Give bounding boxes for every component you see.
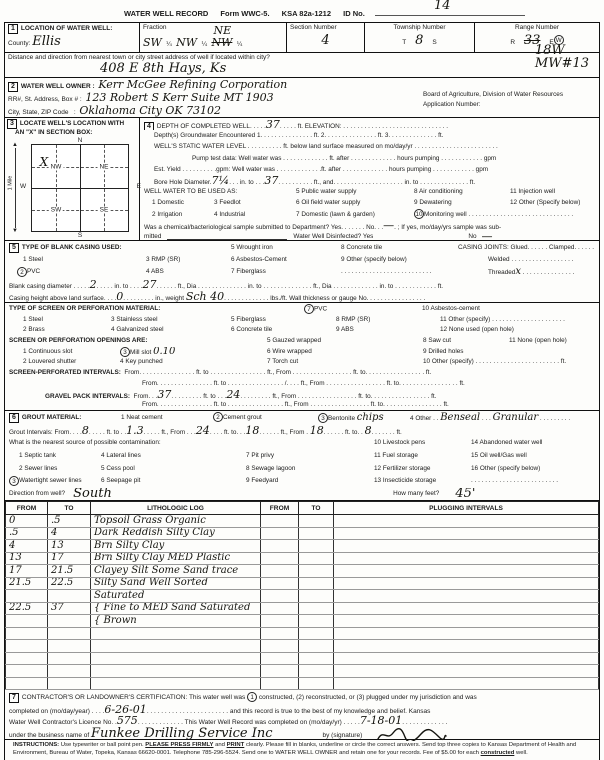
screen-option-3: 3 Stainless steel [111, 315, 231, 326]
west-label: W [20, 183, 26, 190]
contamination-option-15: 15 Oil well/Gas well [471, 450, 595, 463]
screen-material-title: TYPE OF SCREEN OR PERFORATION MATERIAL: [9, 304, 304, 315]
grout-other-label: 4 Other . . [410, 415, 438, 422]
locate-title-2: AN "X" IN SECTION BOX: [7, 129, 137, 136]
threaded-dots: . . . . . . . . . . . . . . . [523, 269, 575, 276]
water-well-record-form: WATER WELL RECORD Form WWC-5. KSA 82a-12… [0, 0, 604, 760]
casing-option-1: 1 Steel [23, 254, 146, 266]
sample-line-1: Was a chemical/bacteriological sample su… [144, 220, 595, 231]
log-to: 17 [48, 552, 91, 565]
business-name-value: Funkee Drilling Service Inc [91, 727, 272, 741]
form-title: WATER WELL RECORD [124, 9, 208, 18]
casing-title-cell: 5TYPE OF BLANK CASING USED: [9, 242, 231, 254]
owner-address-label: RR#, St. Address, Box # : [8, 96, 82, 103]
township-label: Township Number [368, 24, 471, 31]
gravel-rest-label: . . . . . . . . . ft., From . . . . . . … [240, 393, 436, 400]
log-desc: Topsoil Grass Organic [91, 515, 261, 528]
fraction-2-value: NW [176, 36, 197, 49]
section-box-diagram: ▲ ▼ 1 Mile N S W [7, 140, 137, 238]
threaded-mark: x [515, 266, 521, 277]
table-row: { Brown [6, 615, 599, 628]
certification-text-3: . . . . . . . . . . . . . . . . . . . . … [147, 708, 431, 715]
sample-question-cont: . ; If yes, mo/day/yrs sample was sub- [394, 224, 501, 231]
bore-diameter-value: 7¼ [212, 175, 230, 186]
casing-option-2-pvc: 2PVC [17, 266, 146, 278]
casing-option-8: 8 Concrete tile [341, 242, 458, 254]
log-desc: Clayey Silt Some Sand trace [91, 565, 261, 578]
log-from [6, 615, 48, 628]
distance-value: 408 E 8th Hays, Ks [100, 61, 226, 76]
casing-row-1: 5TYPE OF BLANK CASING USED: 5 Wrought ir… [9, 242, 595, 254]
casing-height-label: Casing height above land surface. . . . [9, 295, 116, 302]
casing-option-7: 7 Fiberglass [231, 266, 341, 278]
id-number-blank: 14 [375, 15, 525, 16]
grout-interval-value-3: 24 [196, 425, 210, 437]
grout-p4: . . . . ft. to. . . [210, 429, 246, 436]
grout-interval-value-1: 8 [82, 425, 89, 437]
contamination-option-11: 11 Fuel storage [374, 450, 471, 463]
screen-option-10: 10 Asbestos-cement [422, 304, 595, 315]
section-5-box: 5 [9, 243, 19, 253]
opening-option-8: 8 Saw cut [423, 336, 509, 347]
grout-option-1: 1 Neat cement [121, 412, 213, 425]
openings-row-3: 2 Louvered shutter 4 Key punched 7 Torch… [9, 357, 595, 368]
instructions-print: PRINT [227, 742, 245, 748]
contamination-option-14: 14 Abandoned water well [471, 437, 595, 450]
gravel-from-label: From. . . [134, 393, 158, 400]
nw-quadrant-label: NW [49, 163, 64, 170]
east-label: E [137, 183, 141, 190]
certification-section: 7CONTRACTOR'S OR LANDOWNER'S CERTIFICATI… [5, 690, 599, 740]
fraction-3-value: NW [211, 36, 232, 49]
monitoring-well-label: Monitoring well . . . . . . . . . . . . … [424, 211, 573, 218]
log-from: 13 [6, 552, 48, 565]
pvc-label: PVC [27, 268, 40, 275]
watertight-sewer-label: Watertight sewer lines [19, 477, 82, 484]
screen-option-2: 2 Brass [23, 325, 111, 336]
grout-option-3: 3Bentonite chips [318, 412, 410, 425]
one-mile-scale: ▲ ▼ 1 Mile [10, 142, 20, 234]
log-to [48, 615, 91, 628]
location-section: 1LOCATION OF WATER WELL: County: Ellis F… [5, 23, 599, 53]
depth-column: 4DEPTH OF COMPLETED WELL. . . . .37. . .… [140, 118, 599, 240]
openings-row-2: 1 Continuous slot 3Mill slot 0.10 6 Wire… [9, 347, 595, 358]
contamination-option-2: 2 Sewer lines [19, 463, 101, 476]
contamination-option-13: 13 Insecticide storage [374, 475, 471, 488]
screen-option-8: 8 RMP (SR) [336, 315, 440, 326]
contamination-row-4: 3Watertight sewer lines 6 Seepage pit 9 … [9, 475, 595, 488]
section-number-value: 4 [321, 33, 329, 48]
col-from-1: FROM [6, 502, 48, 515]
contamination-row-2: 1 Septic tank 4 Lateral lines 7 Pit priv… [9, 450, 595, 463]
use-option-7: 7 Domestic (lawn & garden) [296, 209, 414, 220]
monitoring-well-id: MW#13 [535, 57, 589, 70]
table-row [6, 640, 599, 653]
bore-hole-label: Bore Hole Diameter. [154, 179, 212, 186]
casing-weight-value: Sch 40 [186, 291, 224, 303]
bentonite-label: Bentonite [328, 415, 355, 422]
casing-option-5: 5 Wrought iron [231, 242, 341, 254]
lithologic-log-table: FROM TO LITHOLOGIC LOG FROM TO PLUGGING … [5, 501, 599, 690]
use-option-5: 5 Public water supply [296, 186, 414, 197]
screen-intervals-line-2: From. . . . . . . . . . . . . . . . ft. … [9, 379, 595, 390]
form-number: Form WWC-5. [220, 9, 269, 18]
screen-intervals-label: SCREEN-PERFORATED INTERVALS: [9, 369, 121, 376]
section-number-label: Section Number [290, 24, 361, 31]
gravel-to-value: 24 [226, 390, 240, 401]
log-from: 21.5 [6, 577, 48, 590]
opening-option-2: 2 Louvered shutter [23, 357, 120, 368]
screen-pvc-circled: 7 [304, 304, 314, 314]
table-row: Saturated [6, 590, 599, 603]
township-value: 8 [415, 33, 423, 48]
contamination-row-1: What is the nearest source of possible c… [9, 437, 595, 450]
se-quadrant-label: SE [98, 206, 111, 213]
table-header-row: FROM TO LITHOLOGIC LOG FROM TO PLUGGING … [6, 502, 599, 515]
record-completed-label: . . . . . . . . . . . . . This Water Wel… [138, 719, 360, 726]
township-cell: Township Number T 8 S [365, 23, 475, 52]
fraction-1-value: SW [143, 36, 162, 49]
casing-diameter-rest: . . . . . . ft., Dia . . . . . . . . . .… [156, 283, 443, 290]
opening-option-6: 6 Wire wrapped [267, 347, 423, 358]
section-box: N S W E NW NE SW SE X [31, 144, 129, 232]
screen-option-1: 1 Steel [23, 315, 111, 326]
screen-option-9: 9 ABS [336, 325, 440, 336]
grout-option-2: 2Cement grout [213, 412, 318, 425]
grout-p3: . . . . . ft., From . . . [144, 429, 196, 436]
col-to-1: TO [48, 502, 91, 515]
groundwater-line: Depth(s) Groundwater Encountered 1. . . … [144, 130, 595, 141]
screen-section: TYPE OF SCREEN OR PERFORATION MATERIAL: … [5, 303, 599, 411]
casing-option-4: 4 ABS [146, 266, 231, 278]
log-from: 22.5 [6, 602, 48, 615]
cement-grout-label: Cement grout [223, 414, 262, 421]
grout-intervals-line: Grout Intervals: From. . . .8. . . . . f… [9, 425, 595, 438]
grout-intervals-label: Grout Intervals: From. . . . [9, 429, 82, 436]
use-as-row-2: 1 Domestic 3 Feedlot 6 Oil field water s… [144, 197, 595, 208]
table-row: 22.537{ Fine to MED Sand Saturated [6, 602, 599, 615]
completed-on-label: completed on (mo/day/year) . . . . [9, 708, 104, 715]
use-option-4: 4 Industrial [214, 209, 296, 220]
locate-title-1: LOCATE WELL'S LOCATION WITH [20, 120, 124, 127]
owner-label: WATER WELL OWNER : [21, 83, 95, 90]
screen-option-6: 6 Concrete tile [231, 325, 336, 336]
grout-interval-value-6: 8 [365, 425, 372, 437]
south-label: S [78, 232, 82, 239]
casing-depth-value: 27 [142, 279, 156, 291]
section-3-box: 3 [7, 119, 17, 129]
log-from: .5 [6, 527, 48, 540]
threaded-label: Threaded [488, 269, 515, 276]
licence-label: Water Well Contractor's Licence No. . [9, 719, 117, 726]
disinfected-no-label: No [468, 231, 476, 241]
opening-option-5: 5 Gauzed wrapped [267, 336, 423, 347]
sw-quadrant-label: SW [49, 206, 63, 213]
screen-option-5: 5 Fiberglass [231, 315, 336, 326]
est-yield-line: Est. Yield . . . . . . . . . .gpm: Well … [144, 164, 595, 175]
opening-option-9: 9 Drilled holes [423, 347, 595, 358]
blank-casing-section: 5TYPE OF BLANK CASING USED: 5 Wrought ir… [5, 241, 599, 303]
screen-option-7-pvc: 7PVC [304, 304, 422, 315]
screen-option-12: 12 None used (open hole) [440, 325, 595, 336]
gravel-to-label: . . . . . . . . . ft. to . . . [171, 393, 226, 400]
direction-value: South [73, 488, 223, 501]
grout-title-cell: 6GROUT MATERIAL: [9, 412, 121, 425]
bore-hole-line: Bore Hole Diameter.7¼. . . in. to . . .3… [144, 175, 595, 186]
contamination-option-9: 9 Feedyard [246, 475, 374, 488]
use-as-row-1: WELL WATER TO BE USED AS: 5 Public water… [144, 186, 595, 197]
instructions-and: and [215, 742, 225, 748]
casing-diameter-value: 2 [90, 279, 97, 291]
use-option-10-monitoring: 10Monitoring well . . . . . . . . . . . … [414, 209, 595, 220]
log-to: 13 [48, 540, 91, 553]
section-2-box: 2 [8, 82, 18, 92]
casing-joints-welded: Welded . . . . . . . . . . . . . . . . .… [458, 254, 595, 266]
log-desc: Dark Reddish Silty Clay [91, 527, 261, 540]
casing-joints-threaded: Threadedx . . . . . . . . . . . . . . . [458, 266, 595, 278]
depth-value: 37 [266, 119, 280, 130]
use-option-9: 9 Dewatering [414, 197, 510, 208]
opening-option-1: 1 Continuous slot [23, 347, 120, 358]
contamination-option-5: 5 Cess pool [101, 463, 246, 476]
watertight-sewer-circled: 3 [9, 476, 19, 486]
opening-option-3-mill-slot: 3Mill slot 0.10 [120, 347, 267, 358]
screen-material-row-3: 2 Brass 4 Galvanized steel 6 Concrete ti… [9, 325, 595, 336]
grout-interval-value-4: 18 [245, 425, 259, 437]
casing-row-2: 1 Steel 3 RMP (SR) 6 Asbestos-Cement 9 O… [9, 254, 595, 266]
grout-other-dots: . . . [482, 415, 491, 422]
licence-value: 575 [117, 715, 138, 727]
locate-column: 3LOCATE WELL'S LOCATION WITH AN "X" IN S… [5, 118, 140, 240]
instructions-label: INSTRUCTIONS: [13, 742, 59, 748]
instructions-block: INSTRUCTIONS: Use typewriter or ball poi… [5, 740, 599, 760]
log-desc: Brn Silty Clay MED Plastic [91, 552, 261, 565]
grout-row-1: 6GROUT MATERIAL: 1 Neat cement 2Cement g… [9, 412, 595, 425]
grout-other-value-1: Benseal [440, 412, 480, 423]
contamination-option-1: 1 Septic tank [19, 450, 101, 463]
screen-intervals-line-1: SCREEN-PERFORATED INTERVALS: From. . . .… [9, 368, 595, 379]
township-s: S [432, 39, 436, 46]
casing-option-other-blank: . . . . . . . . . . . . . . . . . . . . … [341, 266, 458, 278]
arrow-down-icon: ▼ [12, 228, 18, 234]
log-from: 4 [6, 540, 48, 553]
casing-diameter-line: Blank casing diameter . . . . .2. . . . … [9, 279, 595, 291]
casing-option-3: 3 RMP (SR) [146, 254, 231, 266]
opening-option-4: 4 Key punched [120, 357, 267, 368]
table-row [6, 665, 599, 678]
depth-label: DEPTH OF COMPLETED WELL. . . . . [157, 123, 266, 130]
log-to: 21.5 [48, 565, 91, 578]
mill-slot-circled: 3 [120, 347, 130, 357]
county-label: County: [8, 40, 30, 47]
bore-to-label: . . . in. to . . . [229, 179, 264, 186]
table-row: 1721.5Clayey Silt Some Sand trace [6, 565, 599, 578]
quarter-symbol-3: ¼ [237, 41, 242, 48]
opening-option-11: 11 None (open hole) [509, 336, 595, 347]
openings-title: SCREEN OR PERFORATION OPENINGS ARE: [9, 336, 267, 347]
log-from [6, 590, 48, 603]
log-desc: Saturated [91, 590, 261, 603]
instructions-press-firmly: PLEASE PRESS FIRMLY [145, 742, 213, 748]
grout-section: 6GROUT MATERIAL: 1 Neat cement 2Cement g… [5, 411, 599, 501]
owner-section: 2WATER WELL OWNER : Kerr McGee Refining … [5, 78, 599, 118]
sample-mitted: mitted [144, 231, 161, 241]
how-many-feet-label: How many feet? [393, 488, 439, 501]
col-lithologic-log: LITHOLOGIC LOG [91, 502, 261, 515]
gravel-pack-label: GRAVEL PACK INTERVALS: [45, 393, 130, 400]
owner-address-value: 123 Robert S Kerr Suite MT 1903 [85, 91, 273, 104]
well-location-x-mark: X [40, 155, 49, 169]
sample-date-blank [167, 231, 287, 240]
table-row [6, 677, 599, 690]
form-body: 18W MW#13 1LOCATION OF WATER WELL: Count… [4, 22, 600, 760]
log-from: 17 [6, 565, 48, 578]
owner-city-colon: : [74, 109, 76, 116]
sample-question: Was a chemical/bacteriological sample su… [144, 224, 383, 231]
casing-row-3: 2PVC 4 ABS 7 Fiberglass . . . . . . . . … [9, 266, 595, 278]
fraction-cell: Fraction SW ¼ NW ¼ NENW ¼ [140, 23, 287, 52]
section-1-box: 1 [8, 24, 18, 34]
north-label: N [78, 137, 83, 144]
log-desc: { Brown [91, 615, 261, 628]
business-name-label: under the business name of [9, 732, 89, 739]
screen-material-row-2: 1 Steel 3 Stainless steel 5 Fiberglass 8… [9, 315, 595, 326]
casing-diameter-label: Blank casing diameter . . . . . [9, 283, 90, 290]
bentonite-circled: 3 [318, 413, 328, 423]
center-line-horizontal [32, 188, 128, 189]
screen-option-4: 4 Galvanized steel [111, 325, 231, 336]
contamination-option-6: 6 Seepage pit [101, 475, 246, 488]
grout-other-end-dots: . . . . . . . . . [540, 415, 570, 422]
range-r: R [510, 39, 515, 46]
grout-p2: . . . . . ft. to . . [89, 429, 126, 436]
use-as-title: WELL WATER TO BE USED AS: [144, 186, 296, 197]
opening-option-7: 7 Torch cut [267, 357, 423, 368]
use-option-3: 3 Feedlot [214, 197, 296, 208]
use-option-6: 6 Oil field water supply [296, 197, 414, 208]
gravel-pack-line-2: From. . . . . . . . . . . . . . . . ft. … [9, 400, 595, 411]
log-from: 0 [6, 515, 48, 528]
application-number-label: Application Number: [423, 100, 563, 110]
county-value: Ellis [32, 34, 61, 49]
grout-option-4: 4 Other . . Benseal . . . Granular . . .… [410, 412, 595, 425]
casing-joints-label: CASING JOINTS: Glued. . . . . . Clamped.… [458, 242, 595, 254]
log-to: 4 [48, 527, 91, 540]
distance-label: Distance and direction from nearest town… [8, 54, 596, 61]
id-number-value: 14 [434, 0, 451, 13]
screen-material-row-1: TYPE OF SCREEN OR PERFORATION MATERIAL: … [9, 304, 595, 315]
table-row: 1317Brn Silty Clay MED Plastic [6, 552, 599, 565]
grout-p7: . . . . . . . ft. [372, 429, 402, 436]
distance-row: Distance and direction from nearest town… [5, 53, 599, 78]
use-option-8: 8 Air conditioning [414, 186, 510, 197]
constructed-circled: 1 [247, 692, 257, 702]
table-row: .54Dark Reddish Silty Clay [6, 527, 599, 540]
instructions-text-1: Use typewriter or ball point pen. [61, 742, 144, 748]
log-desc: { Fine to MED Sand Saturated [91, 602, 261, 615]
casing-option-9: 9 Other (specify below) [341, 254, 458, 266]
contamination-option-8: 8 Sewage lagoon [246, 463, 374, 476]
use-option-12: 12 Other (Specify below) [510, 197, 595, 208]
disinfected-no-mark: — [482, 231, 493, 241]
quarter-symbol-2: ¼ [202, 41, 207, 48]
casing-title: TYPE OF BLANK CASING USED: [22, 244, 122, 251]
corner-notes: 18W MW#13 [535, 44, 589, 70]
fraction-3-correction: NE [213, 24, 231, 37]
casing-diameter-to: . . . . . in. to . . . . [97, 283, 143, 290]
contamination-option-4: 4 Lateral lines [101, 450, 246, 463]
table-row: 0.5Topsoil Grass Organic [6, 515, 599, 528]
owner-city-label: City, State, ZIP Code [8, 109, 68, 116]
use-as-row-3: 2 Irrigation 4 Industrial 7 Domestic (la… [144, 209, 595, 220]
grout-title: GROUT MATERIAL: [22, 414, 82, 421]
pump-test-line: Pump test data: Well water was . . . . .… [144, 153, 595, 164]
log-to: .5 [48, 515, 91, 528]
table-row: 21.522.5Silty Sand Well Sorted [6, 577, 599, 590]
section-4-box: 4 [144, 122, 154, 130]
county-cell: 1LOCATION OF WATER WELL: County: Ellis [5, 23, 140, 52]
ne-quadrant-label: NE [97, 163, 110, 170]
contamination-row-3: 2 Sewer lines 5 Cess pool 8 Sewage lagoo… [9, 463, 595, 476]
contamination-option-10: 10 Livestock pens [374, 437, 471, 450]
mill-slot-label: Mill slot [130, 349, 151, 356]
table-row [6, 652, 599, 665]
contamination-other-blank: . . . . . . . . . . . . . . . . . . . . … [471, 475, 595, 488]
casing-wall-label: . . . . . . . . . . . . . lbs./ft. Wall … [224, 295, 425, 302]
casing-height-line: Casing height above land surface. . . .0… [9, 291, 595, 303]
grout-interval-value-5: 18 [310, 425, 324, 437]
grout-other-value-2: Granular [493, 412, 539, 423]
section-6-box: 6 [9, 413, 19, 423]
instructions-text-3: well. [516, 750, 528, 756]
location-title: LOCATION OF WATER WELL: [21, 25, 112, 32]
table-row: 413Brn Silty Clay [6, 540, 599, 553]
quarter-symbol-1: ¼ [166, 41, 171, 48]
table-row [6, 627, 599, 640]
township-t: T [402, 39, 406, 46]
direction-row: Direction from well? South How many feet… [9, 488, 595, 501]
one-mile-label: 1 Mile [7, 176, 13, 191]
how-many-feet-value: 45' [455, 488, 475, 501]
certification-text-4: . . . . . . . . . . . . . [402, 719, 447, 726]
direction-label: Direction from well? [9, 488, 65, 501]
form-statute: KSA 82a-1212 [282, 9, 331, 18]
gravel-from-value: 37 [157, 390, 171, 401]
static-water-level-line: WELL'S STATIC WATER LEVEL . . . . . . . … [144, 141, 595, 152]
screen-pvc-label: PVC [314, 306, 327, 313]
grout-p5: . . . . . . ft., From . [259, 429, 309, 436]
log-desc: Silty Sand Well Sorted [91, 577, 261, 590]
use-option-1: 1 Domestic [152, 197, 214, 208]
grout-p6: . . . . . . ft. to. . [324, 429, 365, 436]
log-to: 37 [48, 602, 91, 615]
openings-row-1: SCREEN OR PERFORATION OPENINGS ARE: 5 Ga… [9, 336, 595, 347]
contamination-option-16: 16 Other (specify below) [471, 463, 595, 476]
disinfected-label: Water Well Disinfected? Yes [293, 231, 373, 241]
form-header: WATER WELL RECORD Form WWC-5. KSA 82a-12… [4, 2, 600, 22]
certification-text-1: CONTRACTOR'S OR LANDOWNER'S CERTIFICATIO… [22, 694, 245, 701]
gravel-pack-line-1: GRAVEL PACK INTERVALS: From. . .37. . . … [9, 390, 595, 401]
log-to [48, 590, 91, 603]
sample-line-2: mitted Water Well Disinfected? Yes No — [144, 231, 595, 241]
agency-name: Board of Agriculture, Division of Water … [423, 90, 563, 100]
contamination-option-12: 12 Fertilizer storage [374, 463, 471, 476]
contamination-option-7: 7 Pit privy [246, 450, 374, 463]
col-plugging-intervals: PLUGGING INTERVALS [334, 502, 599, 515]
col-to-2: TO [299, 502, 334, 515]
pvc-circled: 2 [17, 267, 27, 277]
id-number-label: ID No. [343, 9, 365, 18]
